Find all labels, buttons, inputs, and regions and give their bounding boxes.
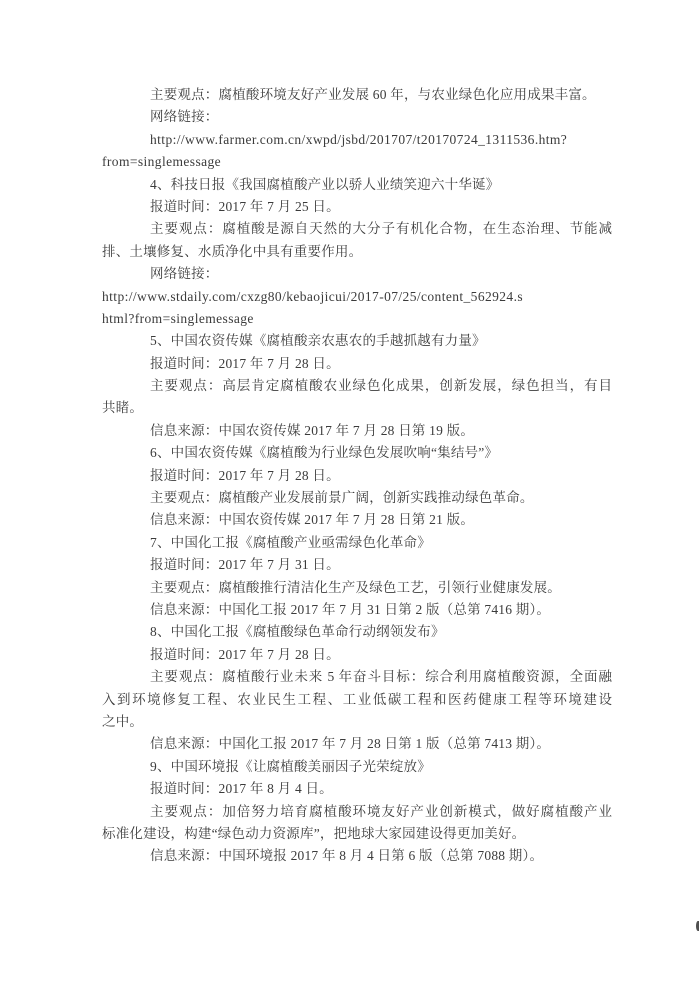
doc-line: 报道时间：2017 年 7 月 28 日。 <box>102 644 612 666</box>
doc-line: 报道时间：2017 年 8 月 4 日。 <box>102 778 612 800</box>
doc-line: 7、中国化工报《腐植酸产业亟需绿色化革命》 <box>102 532 612 554</box>
doc-line: 入到环境修复工程、农业民生工程、工业低碳工程和医药健康工程等环境建设 <box>102 689 612 711</box>
doc-line: 主要观点：腐植酸推行清洁化生产及绿色工艺，引领行业健康发展。 <box>102 577 612 599</box>
doc-line: 8、中国化工报《腐植酸绿色革命行动纲领发布》 <box>102 621 612 643</box>
doc-line: 报道时间：2017 年 7 月 28 日。 <box>102 353 612 375</box>
doc-line: 网络链接： <box>102 263 612 285</box>
doc-line: 5、中国农资传媒《腐植酸亲农惠农的手越抓越有力量》 <box>102 330 612 352</box>
doc-line: 信息来源：中国化工报 2017 年 7 月 31 日第 2 版（总第 7416 … <box>102 599 612 621</box>
doc-line-url: http://www.farmer.com.cn/xwpd/jsbd/20170… <box>102 129 612 151</box>
doc-line: 信息来源：中国农资传媒 2017 年 7 月 28 日第 19 版。 <box>102 420 612 442</box>
doc-line: 6、中国农资传媒《腐植酸为行业绿色发展吹响“集结号”》 <box>102 442 612 464</box>
page-edge-artifact <box>696 921 699 931</box>
doc-line: 主要观点：加倍努力培育腐植酸环境友好产业创新模式，做好腐植酸产业 <box>102 801 612 823</box>
doc-line: 网络链接： <box>102 106 612 128</box>
doc-line: 4、科技日报《我国腐植酸产业以骄人业绩笑迎六十华诞》 <box>102 174 612 196</box>
document-text-block: 主要观点：腐植酸环境友好产业发展 60 年，与农业绿色化应用成果丰富。 网络链接… <box>102 84 612 868</box>
doc-line: 报道时间：2017 年 7 月 31 日。 <box>102 554 612 576</box>
doc-line: 9、中国环境报《让腐植酸美丽因子光荣绽放》 <box>102 756 612 778</box>
doc-line: 共睹。 <box>102 397 612 419</box>
doc-line: 主要观点：腐植酸行业未来 5 年奋斗目标：综合利用腐植酸资源，全面融 <box>102 666 612 688</box>
doc-line: 主要观点：腐植酸是源自天然的大分子有机化合物，在生态治理、节能减 <box>102 218 612 240</box>
doc-line: 主要观点：腐植酸产业发展前景广阔，创新实践推动绿色革命。 <box>102 487 612 509</box>
doc-line-url: html?from=singlemessage <box>102 308 612 330</box>
doc-line-url: from=singlemessage <box>102 151 612 173</box>
doc-line-url: http://www.stdaily.com/cxzg80/kebaojicui… <box>102 286 612 308</box>
doc-line: 报道时间：2017 年 7 月 25 日。 <box>102 196 612 218</box>
doc-line: 信息来源：中国农资传媒 2017 年 7 月 28 日第 21 版。 <box>102 509 612 531</box>
doc-line: 排、土壤修复、水质净化中具有重要作用。 <box>102 241 612 263</box>
doc-line: 主要观点：高层肯定腐植酸农业绿色化成果，创新发展，绿色担当，有目 <box>102 375 612 397</box>
doc-line: 标准化建设，构建“绿色动力资源库”，把地球大家园建设得更加美好。 <box>102 823 612 845</box>
document-page: 主要观点：腐植酸环境友好产业发展 60 年，与农业绿色化应用成果丰富。 网络链接… <box>0 0 700 990</box>
doc-line: 之中。 <box>102 711 612 733</box>
doc-line: 主要观点：腐植酸环境友好产业发展 60 年，与农业绿色化应用成果丰富。 <box>102 84 612 106</box>
doc-line: 报道时间：2017 年 7 月 28 日。 <box>102 465 612 487</box>
doc-line: 信息来源：中国环境报 2017 年 8 月 4 日第 6 版（总第 7088 期… <box>102 845 612 867</box>
doc-line: 信息来源：中国化工报 2017 年 7 月 28 日第 1 版（总第 7413 … <box>102 733 612 755</box>
